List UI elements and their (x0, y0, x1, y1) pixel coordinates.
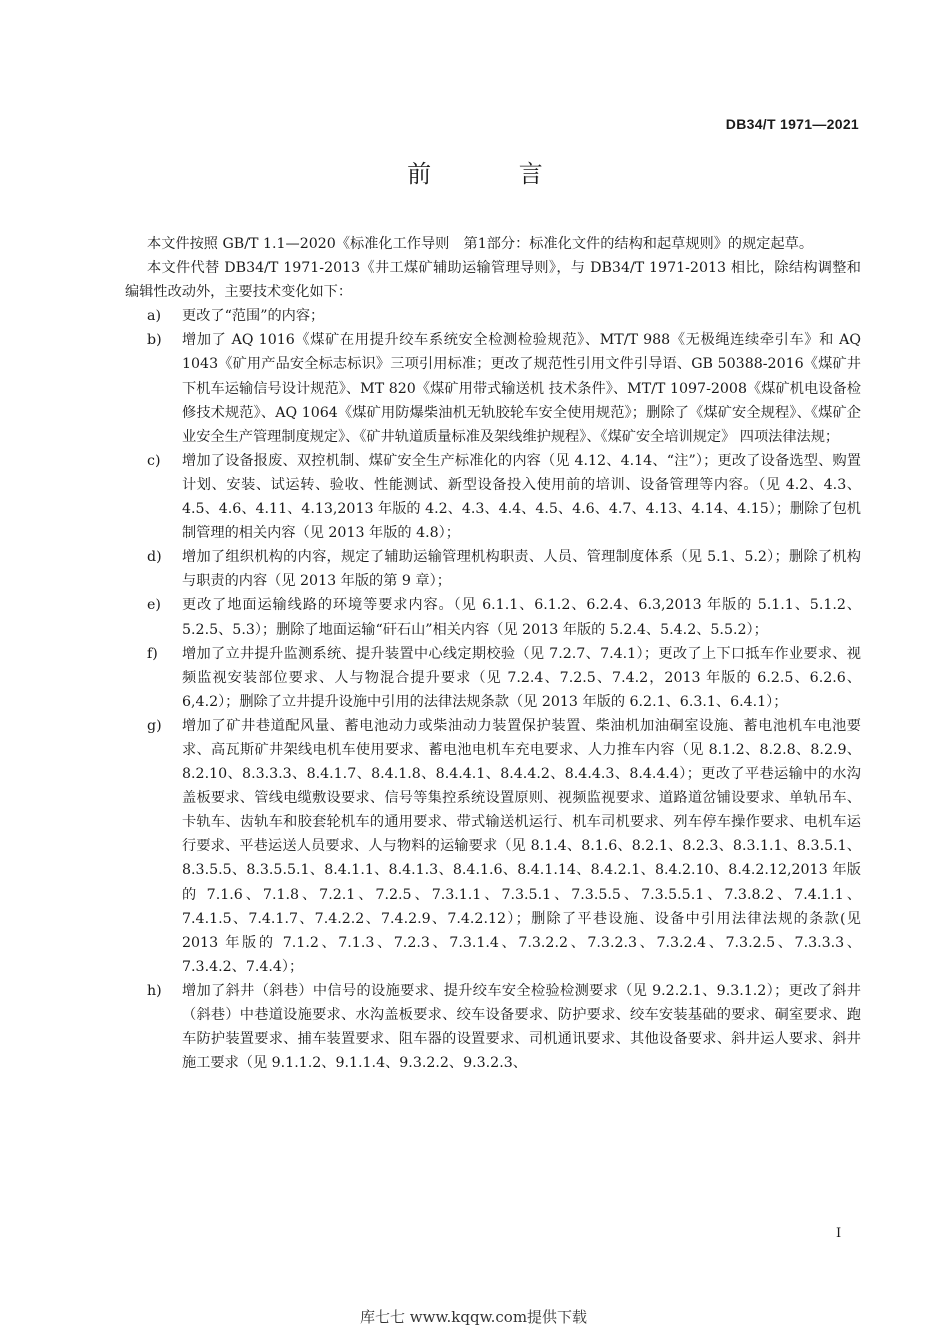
list-item: b) 增加了 AQ 1016《煤矿在用提升绞车系统安全检测检验规范》、MT/T … (125, 328, 861, 448)
list-item-text: 更改了“范围”的内容； (182, 304, 861, 328)
list-item: g) 增加了矿井巷道配风量、蓄电池动力或柴油动力装置保护装置、柴油机加油硐室设施… (125, 714, 861, 979)
paragraph-drafting-rule: 本文件按照 GB/T 1.1—2020《标准化工作导则 第1部分：标准化文件的结… (125, 232, 861, 256)
list-item-text: 增加了 AQ 1016《煤矿在用提升绞车系统安全检测检验规范》、MT/T 988… (182, 328, 861, 448)
list-item-text: 增加了斜井（斜巷）中信号的设施要求、提升绞车安全检验检测要求（见 9.2.2.1… (182, 979, 861, 1075)
list-item-text: 增加了矿井巷道配风量、蓄电池动力或柴油动力装置保护装置、柴油机加油硐室设施、蓄电… (182, 714, 861, 979)
document-body: 本文件按照 GB/T 1.1—2020《标准化工作导则 第1部分：标准化文件的结… (125, 232, 861, 1075)
list-item-text: 增加了立井提升监测系统、提升装置中心线定期校验（见 7.2.7、7.4.1）；更… (182, 642, 861, 714)
download-watermark: 库七七 www.kqqw.com提供下载 (360, 1306, 587, 1327)
list-item-text: 增加了组织机构的内容，规定了辅助运输管理机构职责、人员、管理制度体系（见 5.1… (182, 545, 861, 593)
page-number: I (836, 1226, 841, 1241)
list-item-label: a) (125, 304, 182, 328)
list-item: c) 增加了设备报废、双控机制、煤矿安全生产标准化的内容（见 4.12、4.14… (125, 449, 861, 545)
list-item: d) 增加了组织机构的内容，规定了辅助运输管理机构职责、人员、管理制度体系（见 … (125, 545, 861, 593)
list-item: h) 增加了斜井（斜巷）中信号的设施要求、提升绞车安全检验检测要求（见 9.2.… (125, 979, 861, 1075)
list-item-text: 更改了地面运输线路的环境等要求内容。（见 6.1.1、6.1.2、6.2.4、6… (182, 593, 861, 641)
list-item-label: h) (125, 979, 182, 1075)
list-item: f) 增加了立井提升监测系统、提升装置中心线定期校验（见 7.2.7、7.4.1… (125, 642, 861, 714)
list-item-label: e) (125, 593, 182, 641)
page-title: 前 言 (0, 154, 950, 189)
list-item: e) 更改了地面运输线路的环境等要求内容。（见 6.1.1、6.1.2、6.2.… (125, 593, 861, 641)
document-id: DB34/T 1971—2021 (726, 116, 859, 132)
list-item-label: g) (125, 714, 182, 979)
list-item-label: c) (125, 449, 182, 545)
paragraph-replacement: 本文件代替 DB34/T 1971-2013《井工煤矿辅助运输管理导则》，与 D… (125, 256, 861, 304)
list-item-label: b) (125, 328, 182, 448)
list-item: a) 更改了“范围”的内容； (125, 304, 861, 328)
list-item-text: 增加了设备报废、双控机制、煤矿安全生产标准化的内容（见 4.12、4.14、“注… (182, 449, 861, 545)
list-item-label: d) (125, 545, 182, 593)
list-item-label: f) (125, 642, 182, 714)
